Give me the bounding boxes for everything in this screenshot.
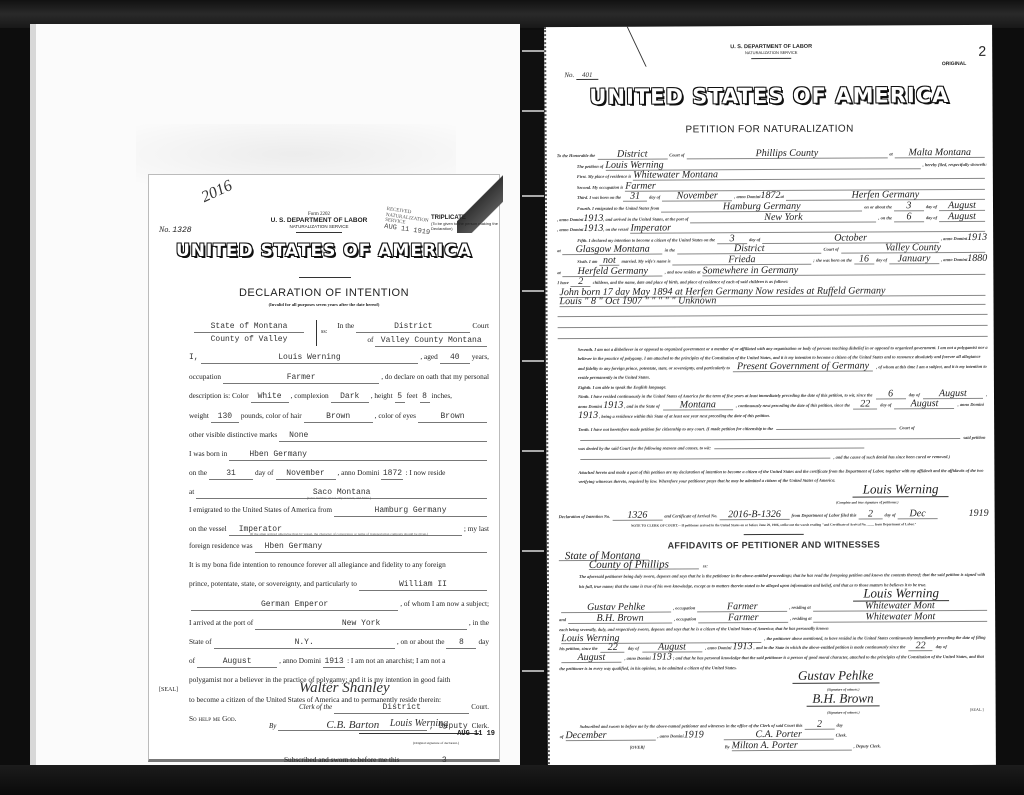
seal-label: [SEAL.] (970, 707, 984, 712)
petitioner-signature: Louis Werning (Complete and true signatu… (558, 485, 988, 510)
description-line: description is: Color White , complexion… (189, 386, 489, 405)
sovereign-line: prince, potentate, state, or sovereignty… (189, 574, 489, 593)
declaration-of-intention-card: 2016 No. 1328 Form 2202 U. S. DEPARTMENT… (148, 174, 500, 762)
seventh-paragraph: Seventh. I am not a disbeliever in or op… (558, 342, 988, 383)
witness-signature: Gustav Pehlke (Signature of witness.) (559, 671, 989, 696)
received-date-stamp: AUG 11 19 (457, 730, 495, 738)
banner-title: UNITED STATES OF AMERICA (546, 83, 992, 109)
department-header: U. S. DEPARTMENT OF LABOR NATURALIZATION… (706, 44, 836, 60)
deputy-line: By C.B. Barton , Deputy Clerk. (269, 720, 489, 731)
clerk-signature: C.A. Porter (724, 731, 834, 741)
port-line: I arrived at the port of New York , in t… (189, 613, 489, 632)
divider (299, 277, 351, 278)
book-gutter (520, 30, 546, 770)
petition-body: To the Honorable the District Court of P… (557, 149, 990, 754)
occupation-field: Farmer (223, 373, 379, 384)
weight-line: weight 130 pounds, color of hair Brown ,… (189, 406, 489, 425)
occupation-line: occupation Farmer , do declare on oath t… (189, 367, 489, 386)
emigrated-line: I emigrated to the United States of Amer… (189, 500, 489, 519)
document-subtitle: (Invalid for all purposes seven years af… (149, 302, 499, 307)
renounce-line: It is my bona fide intention to renounce… (189, 555, 489, 574)
document-title: DECLARATION OF INTENTION (149, 287, 499, 299)
tenth-paragraph: Tenth. I have not heretofore made petiti… (558, 423, 988, 464)
handwritten-file-number: 2016 (199, 177, 236, 207)
pencil-mark (627, 27, 676, 67)
marks-line: other visible distinctive marks None (189, 425, 489, 444)
deputy-signature: C.B. Barton (278, 720, 427, 731)
document-title: PETITION FOR NATURALIZATION (547, 123, 993, 136)
copy-type-label: TRIPLICATE (To be given to the person ma… (431, 215, 499, 231)
clerk-signature: Walter Shanley (299, 680, 390, 697)
state-line: State of N.Y. , on or about the 8 day (189, 632, 489, 651)
scan-background-bottom (0, 765, 1024, 795)
deputy-signature: Milton A. Porter (732, 741, 852, 751)
affidavit-venue: State of Montana County of Phillips ss: (559, 549, 989, 572)
name-field: Louis Werning (201, 353, 419, 364)
deputy-line: [OVER] By Milton A. Porter , Deputy Cler… (560, 741, 990, 754)
banner-title: UNITED STATES OF AMERICA (149, 241, 499, 261)
copy-type-label: ORIGINAL (942, 61, 966, 67)
clerk-line: Clerk of the District Court. (299, 703, 489, 714)
ninth-paragraph: Ninth. I have resided continuously in th… (558, 390, 988, 421)
subject-line: German Emperor , of whom I am now a subj… (189, 594, 489, 613)
venue: State of Montana County of Valley ss: In… (189, 319, 489, 347)
arrival-date-line: of August , anno Domini 1913 : I am not … (189, 651, 489, 670)
birthplace-line: I was born in Hben Germany (189, 444, 489, 463)
page-number: 2 (978, 43, 986, 59)
clerk-note: NOTE TO CLERK OF COURT.—If petitioner ar… (559, 520, 989, 528)
name-line: I, Louis Werning , aged 40 years, (189, 347, 489, 367)
court-location-field: Valley County Montana (375, 336, 487, 347)
petition-number: No. 401 (564, 71, 598, 79)
declarant-signature: Louis Werning (Original signature of dec… (189, 728, 489, 750)
department-header: Form 2202 U. S. DEPARTMENT OF LABOR NATU… (259, 212, 379, 233)
witness-signature: B.H. Brown (Signature of witness.) (560, 694, 990, 719)
court-field: District (356, 322, 470, 333)
age-field: 40 (440, 353, 470, 364)
foreign-residence-line: foreign residence was Hben Germany (189, 536, 489, 555)
seal-label: [SEAL] (159, 687, 178, 693)
birthdate-line: on the 31 day of November , anno Domini … (189, 463, 489, 482)
declaration-number: No. 1328 (159, 225, 192, 235)
petition-for-naturalization-page: 2 ORIGINAL U. S. DEPARTMENT OF LABOR NAT… (544, 25, 996, 767)
witness-oath: each being severally, duly, and respecti… (559, 623, 989, 673)
